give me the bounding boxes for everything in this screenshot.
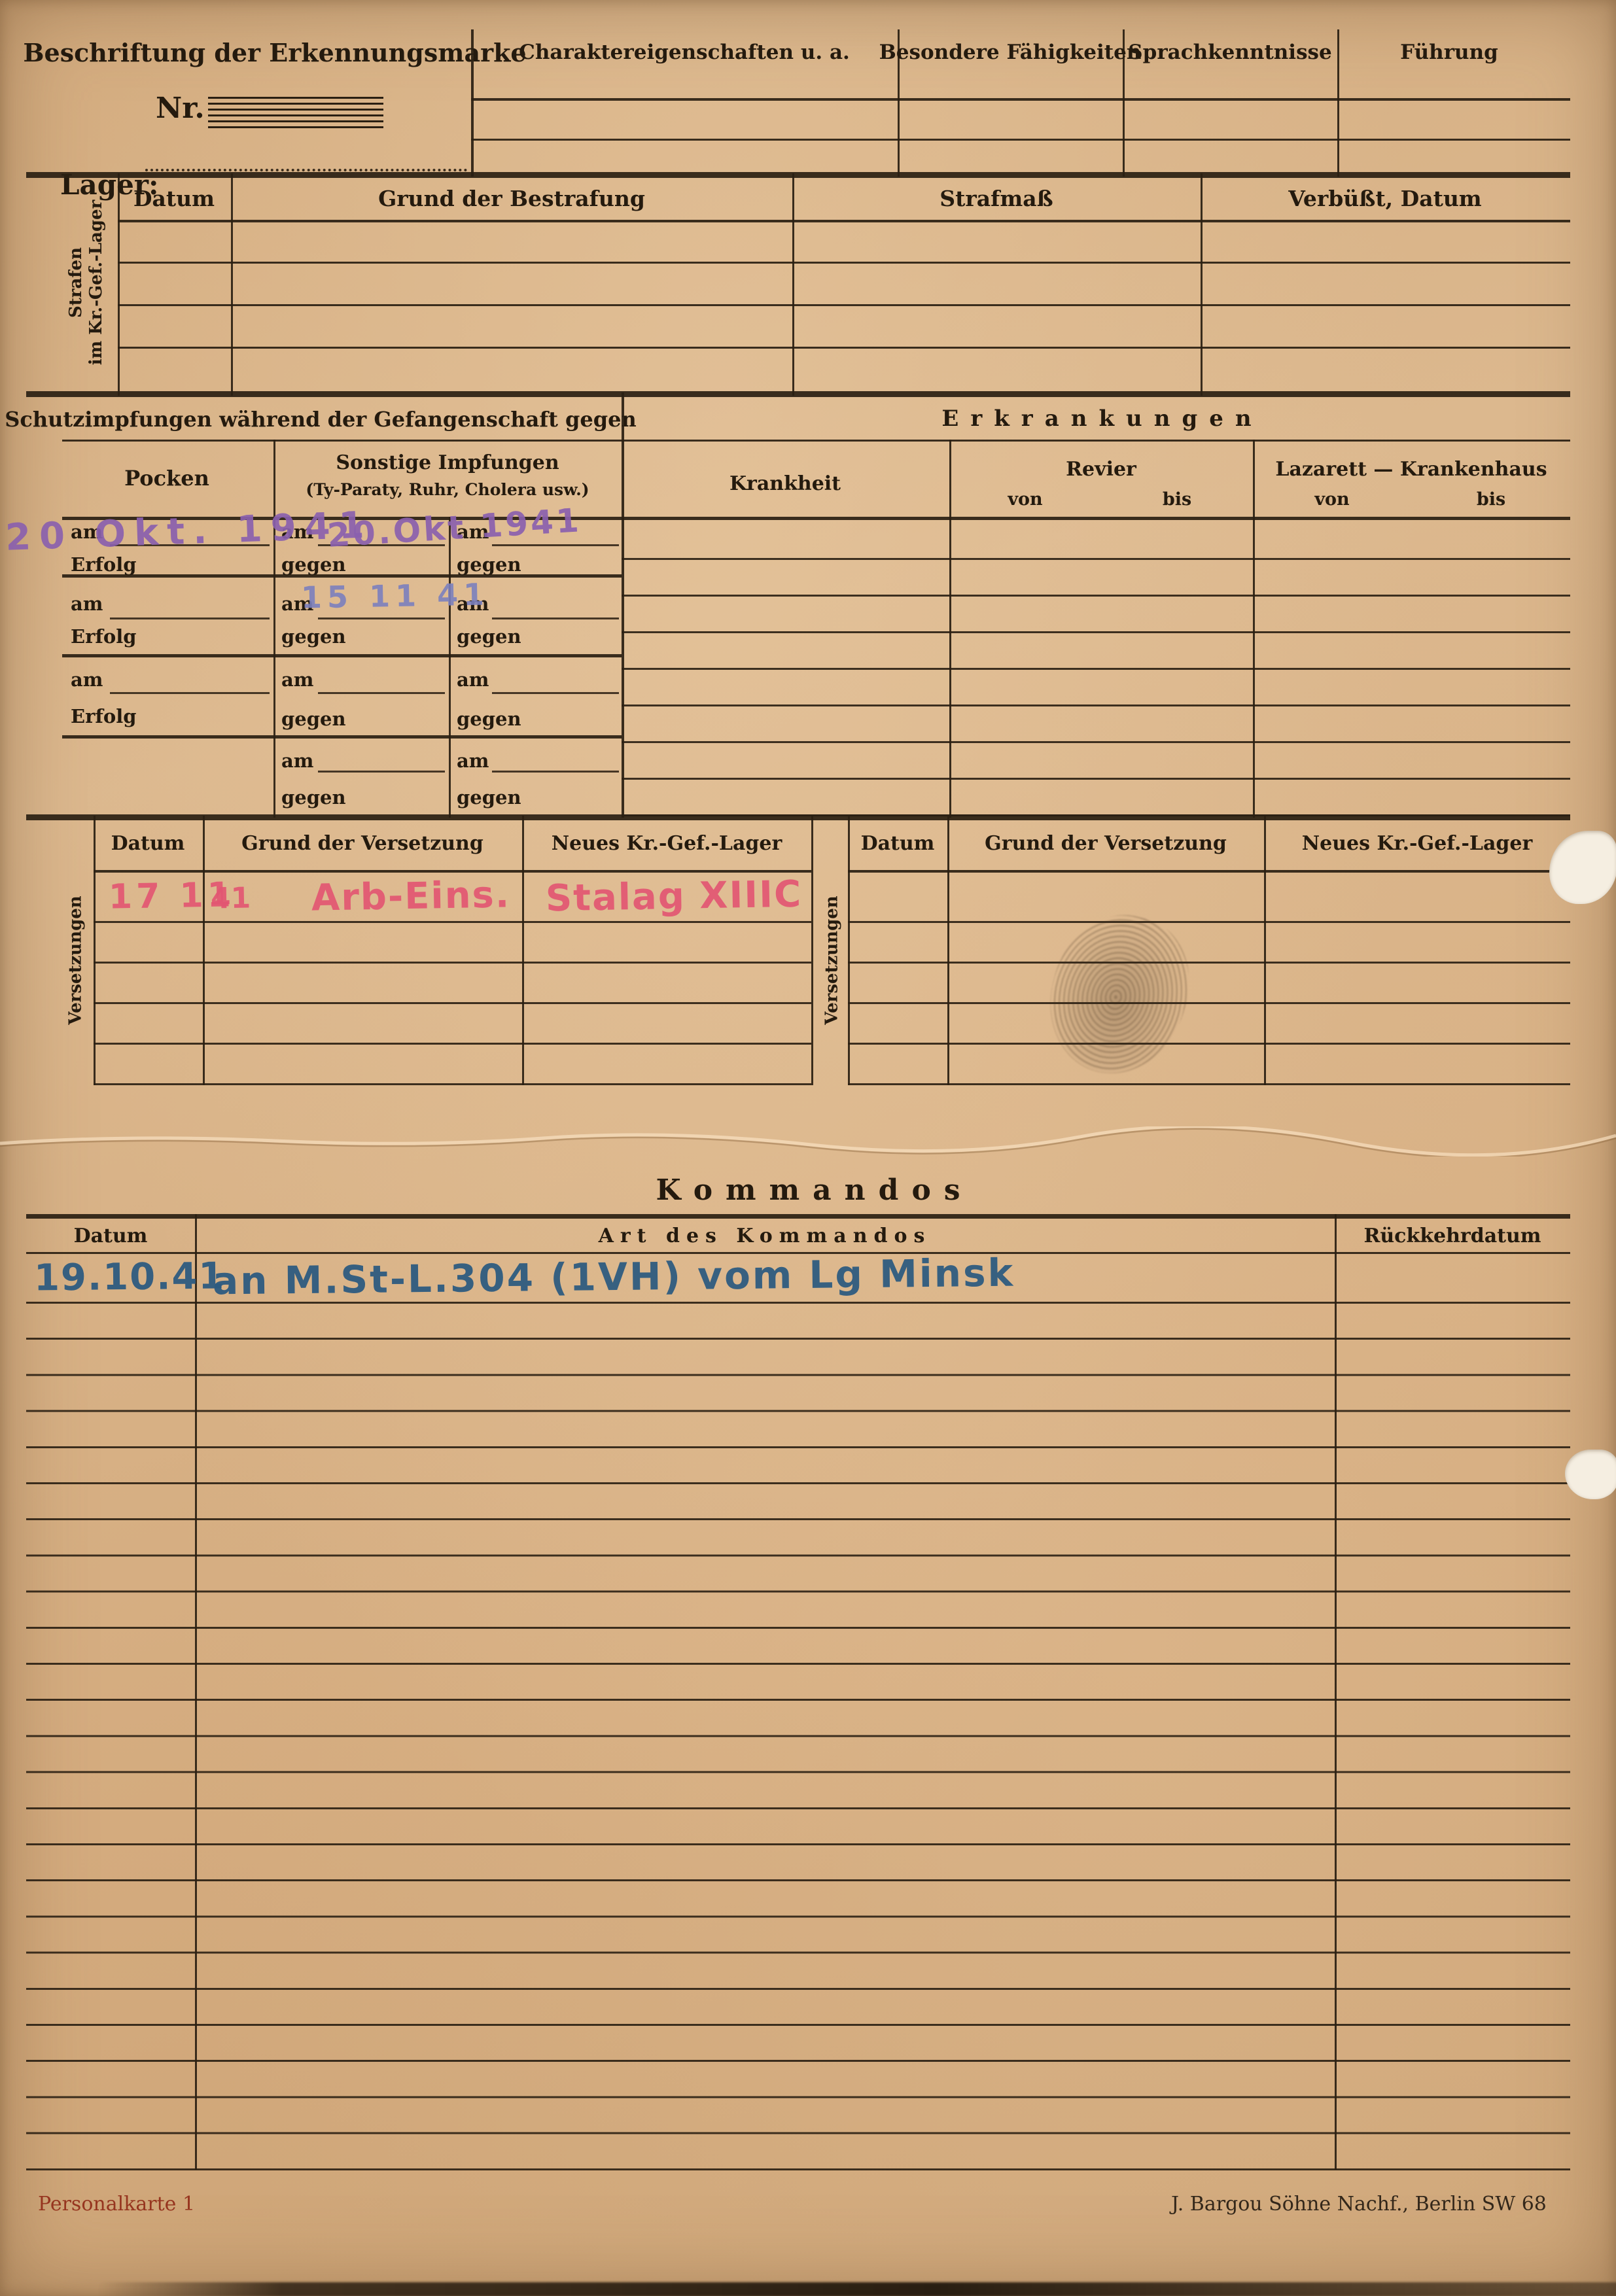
impfungen-title-underline [62, 440, 1570, 442]
gegen-label: gegen [281, 625, 346, 648]
kommandos-col-art: Art des Kommandos [599, 1225, 932, 1247]
sonstige-subcolumn-divider [449, 517, 451, 818]
transfer-camp-stamp: Stalag XIIIC [545, 873, 802, 920]
kommandos-col-rueckkehr: Rückkehrdatum [1363, 1225, 1541, 1247]
sonstige-pair-separator [273, 654, 622, 657]
paper-damage-spot-1 [1549, 831, 1616, 904]
gegen-label: gegen [281, 553, 346, 576]
am-label: am [71, 593, 103, 615]
lazarett-header: Lazarett — Krankenhaus [1275, 458, 1547, 481]
gegen-label: gegen [457, 625, 521, 648]
versetzungen-right-col-datum: Datum [861, 832, 935, 855]
gegen-label: gegen [457, 786, 521, 809]
write-line [492, 771, 619, 773]
write-line [492, 692, 619, 694]
revier-von-label: von [1008, 489, 1042, 510]
krankheit-header: Krankheit [729, 472, 841, 495]
tag-inscription-label: Beschriftung der Erkennungsmarke [23, 38, 526, 67]
lager-write-line [145, 169, 467, 171]
section-divider-1 [26, 172, 1570, 178]
footer-form-name: Personalkarte 1 [38, 2193, 195, 2216]
strafen-side-label-line1: Strafen [66, 200, 86, 366]
gegen-label: gegen [281, 708, 346, 730]
section-divider-2 [26, 391, 1570, 397]
versetzungen-left-col-grund: Grund der Versetzung [241, 832, 483, 855]
nr-ruled-lines [208, 97, 383, 131]
col-fuehrung-header: Führung [1400, 41, 1498, 64]
section-divider-3 [26, 814, 1570, 820]
versetzungen-left-col-datum: Datum [111, 832, 185, 855]
strafen-col-datum: Datum [133, 186, 215, 211]
revier-header: Revier [1066, 458, 1136, 481]
strafen-side-label-line2: im Kr.-Gef.-Lager [86, 200, 107, 366]
transfer-year-stamp: 41 [211, 881, 251, 915]
kommandos-title: Kommandos [656, 1174, 973, 1207]
strafen-col-verbuesst: Verbüßt, Datum [1288, 186, 1481, 211]
strafen-side-label: Strafen im Kr.-Gef.-Lager [66, 200, 107, 366]
strafen-divider-3 [1201, 173, 1203, 396]
strafen-col-grund: Grund der Bestrafung [378, 186, 645, 211]
versetzungen-left-header-underline [94, 870, 811, 873]
col-faehigkeiten-header: Besondere Fähigkeiten [879, 41, 1142, 64]
lazarett-von-label: von [1314, 489, 1349, 510]
am-label: am [281, 669, 313, 691]
strafen-label-divider [118, 173, 120, 396]
id-row-line [471, 139, 1570, 141]
lazarett-bis-label: bis [1477, 489, 1505, 510]
versetzungen-left-right-border [811, 816, 813, 1085]
paper-damage-spot-2 [1565, 1450, 1616, 1499]
versetzungen-side-label-left: Versetzungen [65, 896, 86, 1024]
versetzungen-left-row-lines [94, 921, 811, 1085]
pocken-sonstige-divider [273, 440, 275, 818]
sonstige-pair-separator [273, 735, 622, 739]
write-line [492, 617, 619, 619]
nr-label: Nr. [156, 92, 205, 125]
am-label: am [457, 669, 489, 691]
personalkarte-back: Beschriftung der Erkennungsmarke Nr. Lag… [0, 0, 1616, 2296]
versetzungen-right-col-grund: Grund der Versetzung [985, 832, 1227, 855]
am-label: am [457, 750, 489, 772]
pocken-date-stamp: 20 Okt. 1941 [5, 504, 374, 559]
write-line [318, 771, 445, 773]
write-line [492, 544, 619, 546]
scan-edge-shadow [98, 2282, 1616, 2296]
sonstige-header: Sonstige Impfungen [336, 451, 559, 474]
pocken-pair-separator [62, 735, 273, 739]
strafen-col-strafmass: Strafmaß [940, 186, 1053, 211]
write-line [110, 692, 270, 694]
erfolg-label: Erfolg [71, 705, 137, 727]
gegen-label: gegen [281, 786, 346, 809]
versetzungen-side-label-right: Versetzungen [822, 896, 842, 1024]
pocken-header: Pocken [124, 466, 209, 491]
strafen-row-line-3 [118, 347, 1570, 349]
write-line [110, 617, 270, 619]
erkrankungen-title: Erkrankungen [941, 406, 1263, 432]
strafen-row-line-1 [118, 262, 1570, 264]
kommandos-row-lines [26, 1302, 1570, 2170]
write-line [318, 617, 445, 619]
strafen-header-underline [118, 220, 1570, 222]
id-header-underline [471, 98, 1570, 101]
strafen-divider-1 [231, 173, 233, 396]
strafen-divider-2 [792, 173, 794, 396]
pocken-pair-separator [62, 574, 273, 578]
am-label: am [71, 669, 103, 691]
paper-crease [0, 1126, 1616, 1157]
kommandos-top-border [26, 1214, 1570, 1219]
col-charakter-header: Charaktereigenschaften u. a. [519, 41, 850, 64]
versetzungen-right-header-underline [848, 870, 1570, 873]
impfungen-title: Schutzimpfungen während der Gefangenscha… [5, 407, 637, 432]
write-line [318, 692, 445, 694]
erkrankungen-row-lines [622, 558, 1570, 817]
versetzungen-left-col-lager: Neues Kr.-Gef.-Lager [552, 832, 782, 855]
sonstige-date-stamp-2: 15 11 41 [301, 576, 490, 615]
gegen-label: gegen [457, 708, 521, 730]
revier-bis-label: bis [1163, 489, 1191, 510]
erfolg-label: Erfolg [71, 553, 137, 576]
kommando-date-stamp: 19.10.41 [34, 1255, 226, 1299]
transfer-reason-stamp: Arb-Eins. [311, 873, 510, 919]
id-grid-divider-3 [1337, 29, 1339, 177]
kommandos-col-datum: Datum [74, 1225, 148, 1247]
erfolg-label: Erfolg [71, 625, 137, 648]
footer-printer-imprint: J. Bargou Söhne Nachf., Berlin SW 68 [1171, 2193, 1547, 2216]
kommando-text-stamp: an M.St-L.304 (1VH) vom Lg Minsk [213, 1251, 1015, 1304]
am-label: am [281, 750, 313, 772]
gegen-label: gegen [457, 553, 521, 576]
strafen-row-line-2 [118, 304, 1570, 306]
versetzungen-right-col-lager: Neues Kr.-Gef.-Lager [1302, 832, 1533, 855]
pocken-pair-separator [62, 654, 273, 657]
col-sprachen-header: Sprachkenntnisse [1128, 41, 1331, 64]
versetzungen-right-row-lines [848, 921, 1570, 1085]
sonstige-header-hint: (Ty-Paraty, Ruhr, Cholera usw.) [306, 480, 589, 499]
id-grid-left-border [471, 29, 474, 177]
